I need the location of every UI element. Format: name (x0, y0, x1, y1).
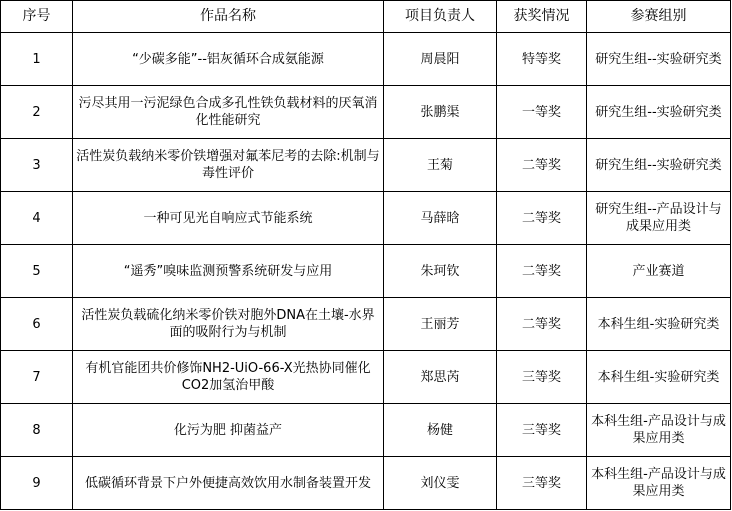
cell-title: 活性炭负载硫化纳米零价铁对胞外DNA在土壤-水界面的吸附行为与机制 (73, 298, 384, 351)
cell-no: 3 (1, 139, 73, 192)
table-row: 7 有机官能团共价修饰NH2-UiO-66-X光热协同催化CO2加氢治甲酸 郑思… (1, 351, 731, 404)
cell-group: 研究生组--实验研究类 (587, 33, 731, 86)
cell-title: “遥秀”嗅味监测预警系统研发与应用 (73, 245, 384, 298)
table-row: 8 化污为肥 抑菌益产 杨健 三等奖 本科生组-产品设计与成果应用类 (1, 404, 731, 457)
cell-no: 1 (1, 33, 73, 86)
header-title: 作品名称 (73, 1, 384, 33)
cell-leader: 周晨阳 (384, 33, 497, 86)
cell-leader: 马薛晗 (384, 192, 497, 245)
awards-table: 序号 作品名称 项目负责人 获奖情况 参赛组别 1 “少碳多能”--铝灰循环合成… (0, 0, 731, 510)
cell-group: 研究生组--实验研究类 (587, 86, 731, 139)
cell-title: 化污为肥 抑菌益产 (73, 404, 384, 457)
cell-leader: 郑思芮 (384, 351, 497, 404)
cell-group: 本科生组-产品设计与成果应用类 (587, 457, 731, 510)
cell-title: 一种可见光自响应式节能系统 (73, 192, 384, 245)
table-row: 1 “少碳多能”--铝灰循环合成氨能源 周晨阳 特等奖 研究生组--实验研究类 (1, 33, 731, 86)
header-row: 序号 作品名称 项目负责人 获奖情况 参赛组别 (1, 1, 731, 33)
cell-leader: 朱珂钦 (384, 245, 497, 298)
table-row: 5 “遥秀”嗅味监测预警系统研发与应用 朱珂钦 二等奖 产业赛道 (1, 245, 731, 298)
cell-no: 4 (1, 192, 73, 245)
cell-award: 三等奖 (497, 457, 587, 510)
cell-no: 6 (1, 298, 73, 351)
cell-no: 7 (1, 351, 73, 404)
cell-award: 三等奖 (497, 351, 587, 404)
cell-title: 活性炭负载纳米零价铁增强对氟苯尼考的去除:机制与毒性评价 (73, 139, 384, 192)
cell-award: 二等奖 (497, 298, 587, 351)
cell-leader: 杨健 (384, 404, 497, 457)
cell-group: 本科生组-实验研究类 (587, 351, 731, 404)
table-row: 6 活性炭负载硫化纳米零价铁对胞外DNA在土壤-水界面的吸附行为与机制 王丽芳 … (1, 298, 731, 351)
header-group: 参赛组别 (587, 1, 731, 33)
cell-award: 二等奖 (497, 245, 587, 298)
cell-title: 低碳循环背景下户外便捷高效饮用水制备装置开发 (73, 457, 384, 510)
cell-leader: 刘仪雯 (384, 457, 497, 510)
header-no: 序号 (1, 1, 73, 33)
cell-group: 本科生组-实验研究类 (587, 298, 731, 351)
cell-title: 污尽其用一污泥绿色合成多孔性铁负载材料的厌氧消化性能研究 (73, 86, 384, 139)
cell-leader: 王菊 (384, 139, 497, 192)
cell-award: 特等奖 (497, 33, 587, 86)
cell-no: 2 (1, 86, 73, 139)
cell-award: 二等奖 (497, 192, 587, 245)
cell-award: 一等奖 (497, 86, 587, 139)
cell-no: 9 (1, 457, 73, 510)
cell-leader: 张鹏渠 (384, 86, 497, 139)
table-row: 9 低碳循环背景下户外便捷高效饮用水制备装置开发 刘仪雯 三等奖 本科生组-产品… (1, 457, 731, 510)
cell-leader: 王丽芳 (384, 298, 497, 351)
table-row: 4 一种可见光自响应式节能系统 马薛晗 二等奖 研究生组--产品设计与成果应用类 (1, 192, 731, 245)
cell-title: 有机官能团共价修饰NH2-UiO-66-X光热协同催化CO2加氢治甲酸 (73, 351, 384, 404)
cell-award: 三等奖 (497, 404, 587, 457)
cell-no: 5 (1, 245, 73, 298)
cell-award: 二等奖 (497, 139, 587, 192)
table-row: 3 活性炭负载纳米零价铁增强对氟苯尼考的去除:机制与毒性评价 王菊 二等奖 研究… (1, 139, 731, 192)
header-leader: 项目负责人 (384, 1, 497, 33)
cell-group: 研究生组--产品设计与成果应用类 (587, 192, 731, 245)
cell-group: 研究生组--实验研究类 (587, 139, 731, 192)
cell-no: 8 (1, 404, 73, 457)
cell-group: 本科生组-产品设计与成果应用类 (587, 404, 731, 457)
header-award: 获奖情况 (497, 1, 587, 33)
table-row: 2 污尽其用一污泥绿色合成多孔性铁负载材料的厌氧消化性能研究 张鹏渠 一等奖 研… (1, 86, 731, 139)
cell-group: 产业赛道 (587, 245, 731, 298)
cell-title: “少碳多能”--铝灰循环合成氨能源 (73, 33, 384, 86)
